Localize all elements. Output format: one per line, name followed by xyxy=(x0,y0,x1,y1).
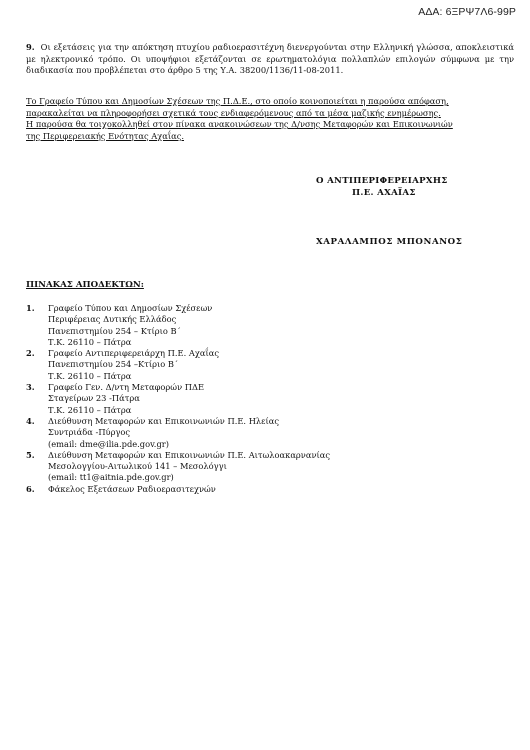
recipient-line: (email: dme@ilia.pde.gov.gr) xyxy=(48,439,279,450)
recipient-item: 3.Γραφείο Γεν. Δ/ντη Μεταφορών ΠΔΕΣταγεί… xyxy=(26,382,506,416)
office-line: Η παρούσα θα τοιχοκολληθεί στον πίνακα α… xyxy=(26,119,514,131)
recipient-line: Συντριάδα -Πύργος xyxy=(48,427,279,438)
recipient-item: 2.Γραφείο Αντιπεριφερειάρχη Π.Ε. ΑχαΐαςΠ… xyxy=(26,348,506,382)
recipient-item: 5.Διεύθυνση Μεταφορών και Επικοινωνιών Π… xyxy=(26,450,506,484)
office-line: της Περιφερειακής Ενότητας Αχαΐας. xyxy=(26,131,514,143)
recipient-number: 6. xyxy=(26,484,48,495)
recipient-line: Γραφείο Αντιπεριφερειάρχη Π.Ε. Αχαΐας xyxy=(48,348,219,359)
recipient-line: Διεύθυνση Μεταφορών και Επικοινωνιών Π.Ε… xyxy=(48,450,330,461)
recipient-line: Γραφείο Τύπου και Δημοσίων Σχέσεων xyxy=(48,303,212,314)
recipients-heading: ΠΙΝΑΚΑΣ ΑΠΟΔΕΚΤΩΝ: xyxy=(26,280,144,290)
recipient-number: 3. xyxy=(26,382,48,416)
signatory-title: Ο ΑΝΤΙΠΕΡΙΦΕΡΕΙΑΡΧΗΣ xyxy=(316,176,448,186)
recipient-item: 6.Φάκελος Εξετάσεων Ραδιοερασιτεχνών xyxy=(26,484,506,495)
recipient-line: Διεύθυνση Μεταφορών και Επικοινωνιών Π.Ε… xyxy=(48,416,279,427)
recipient-item: 1.Γραφείο Τύπου και Δημοσίων ΣχέσεωνΠερι… xyxy=(26,303,506,348)
recipients-list: 1.Γραφείο Τύπου και Δημοσίων ΣχέσεωνΠερι… xyxy=(26,303,506,495)
paragraph-number: 9. xyxy=(26,42,35,52)
recipient-line: Πανεπιστημίου 254 – Κτίριο Β΄ xyxy=(48,326,212,337)
recipient-line: (email: tt1@aitnia.pde.gov.gr) xyxy=(48,472,330,483)
office-line: παρακαλείται να πληροφορήσει σχετικά του… xyxy=(26,108,514,120)
paragraph-9: 9.Οι εξετάσεις για την απόκτηση πτυχίου … xyxy=(26,42,514,77)
recipient-item: 4.Διεύθυνση Μεταφορών και Επικοινωνιών Π… xyxy=(26,416,506,450)
recipient-line: Σταγείρων 23 -Πάτρα xyxy=(48,393,204,404)
recipient-line: Μεσολογγίου-Αιτωλικού 141 – Μεσολόγγι xyxy=(48,461,330,472)
signatory-subtitle: Π.Ε. ΑΧΑΪΑΣ xyxy=(352,188,416,198)
recipient-line: Πανεπιστημίου 254 –Κτίριο Β΄ xyxy=(48,359,219,370)
recipient-line: Τ.Κ. 26110 – Πάτρα xyxy=(48,337,212,348)
recipient-number: 1. xyxy=(26,303,48,348)
recipient-line: Γραφείο Γεν. Δ/ντη Μεταφορών ΠΔΕ xyxy=(48,382,204,393)
ada-code: ΑΔΑ: 6ΞΡΨ7Λ6-99Ρ xyxy=(418,6,516,18)
signatory-name: ΧΑΡΑΛΑΜΠΟΣ ΜΠΟΝΑΝΟΣ xyxy=(316,237,462,247)
recipient-line: Περιφέρειας Δυτικής Ελλάδος xyxy=(48,314,212,325)
recipient-number: 5. xyxy=(26,450,48,484)
recipient-line: Τ.Κ. 26110 – Πάτρα xyxy=(48,405,204,416)
recipient-line: Τ.Κ. 26110 – Πάτρα xyxy=(48,371,219,382)
recipient-number: 2. xyxy=(26,348,48,382)
office-line: Το Γραφείο Τύπου και Δημοσίων Σχέσεων τη… xyxy=(26,96,514,108)
recipient-number: 4. xyxy=(26,416,48,450)
office-paragraph: Το Γραφείο Τύπου και Δημοσίων Σχέσεων τη… xyxy=(26,96,514,142)
paragraph-text: Οι εξετάσεις για την απόκτηση πτυχίου ρα… xyxy=(26,42,514,75)
recipient-line: Φάκελος Εξετάσεων Ραδιοερασιτεχνών xyxy=(48,484,216,495)
